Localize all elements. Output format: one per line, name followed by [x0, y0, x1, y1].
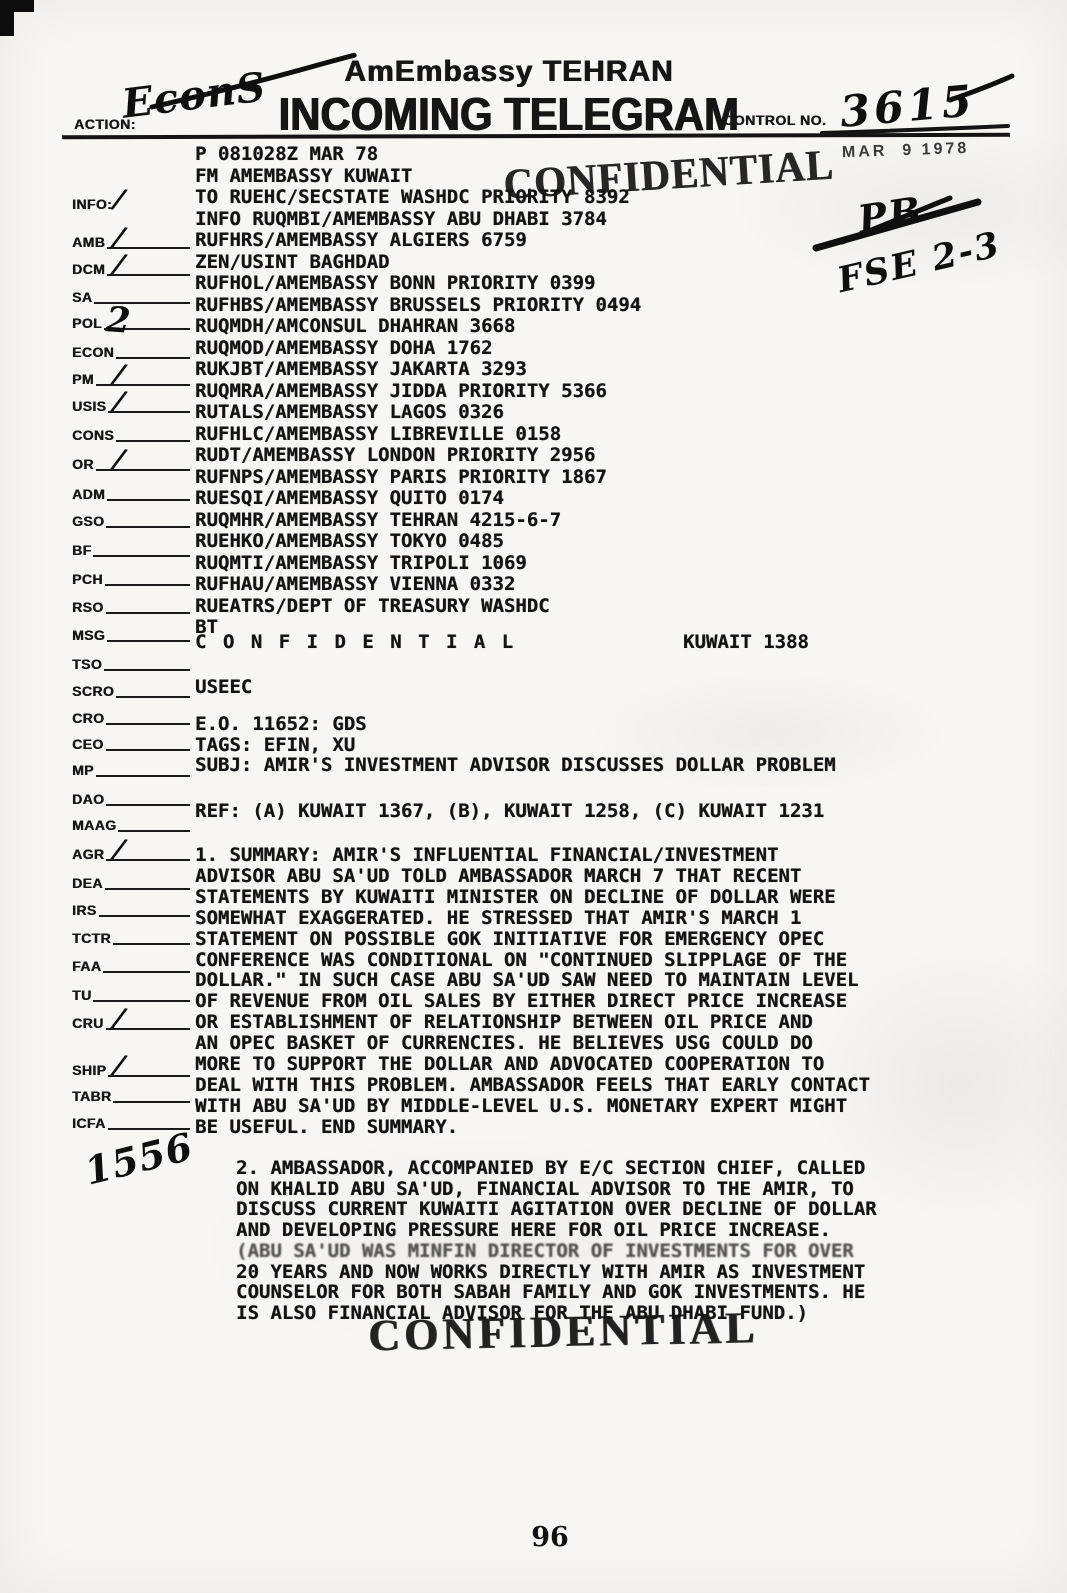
transmission-line: TO RUEHC/SECSTATE WASHDC PRIORITY 8392 — [195, 187, 641, 209]
routing-box-line — [108, 1127, 191, 1130]
reference-line: REF: (A) KUWAIT 1367, (B), KUWAIT 1258, … — [195, 800, 824, 822]
routing-box-line — [106, 748, 190, 751]
routing-box-mp: MP — [72, 763, 190, 777]
routing-box-label: SCRO — [72, 684, 114, 698]
transmission-line: RUFHLC/AMEMBASSY LIBREVILLE 0158 — [195, 424, 641, 446]
transmission-line: RUFHAU/AMEMBASSY VIENNA 0332 — [195, 574, 641, 596]
transmission-line: INFO RUQMBI/AMEMBASSY ABU DHABI 3784 — [195, 209, 641, 231]
routing-box-pm: PM/ — [72, 372, 190, 386]
routing-box-label: CRU — [72, 1016, 104, 1030]
routing-box-label: AGR — [72, 847, 104, 861]
transmission-line: RUFNPS/AMEMBASSY PARIS PRIORITY 1867 — [195, 467, 641, 489]
routing-box-line — [116, 356, 190, 359]
routing-box-label: TCTR — [72, 931, 111, 945]
routing-box-line — [116, 439, 190, 442]
paragraph-2: 2. AMBASSADOR, ACCOMPANIED BY E/C SECTIO… — [236, 1158, 877, 1324]
routing-box-line — [106, 525, 190, 528]
transmission-line: RUDT/AMEMBASSY LONDON PRIORITY 2956 — [195, 445, 641, 467]
routing-box-line — [107, 498, 190, 501]
routing-box-label: POL — [72, 316, 102, 330]
routing-box-line — [105, 887, 190, 890]
routing-box-label: TSO — [72, 657, 102, 671]
routing-box-gso: GSO — [72, 514, 190, 528]
transmission-line: RUEHKO/AMEMBASSY TOKYO 0485 — [195, 531, 641, 553]
body-line: COUNSELOR FOR BOTH SABAH FAMILY AND GOK … — [236, 1282, 877, 1303]
routing-box-cru: CRU/ — [72, 1016, 190, 1030]
routing-box-line — [99, 914, 190, 917]
body-line: ON KHALID ABU SA'UD, FINANCIAL ADVISOR T… — [236, 1179, 877, 1200]
routing-box-line — [96, 383, 190, 386]
routing-box-line — [96, 468, 190, 471]
transmission-line: RUFHBS/AMEMBASSY BRUSSELS PRIORITY 0494 — [195, 295, 641, 317]
routing-box-label: ICFA — [72, 1116, 106, 1130]
routing-box-line — [103, 970, 190, 973]
routing-box-label: TABR — [72, 1089, 111, 1103]
body-line: SOMEWHAT EXAGGERATED. HE STRESSED THAT A… — [195, 908, 870, 929]
routing-box-line — [107, 639, 190, 642]
routing-box-dao: DAO — [72, 792, 190, 806]
routing-handwriting: FSE 2-3 — [834, 224, 1005, 301]
routing-box-info: INFO:/ — [72, 197, 190, 211]
transmission-line: RUQMHR/AMEMBASSY TEHRAN 4215-6-7 — [195, 510, 641, 532]
control-number-handwriting: 3615 — [838, 76, 978, 138]
routing-box-tabr: TABR — [72, 1089, 190, 1103]
transmission-line: RUFHOL/AMEMBASSY BONN PRIORITY 0399 — [195, 273, 641, 295]
routing-box-usis: USIS/ — [72, 399, 190, 413]
distribution-line: USEEC — [195, 676, 252, 698]
routing-box-label: CONS — [72, 428, 114, 442]
date-received-stamp: MAR 9 1978 — [842, 140, 970, 162]
transmission-line: RUTALS/AMEMBASSY LAGOS 0326 — [195, 402, 641, 424]
cable-id: KUWAIT 1388 — [683, 631, 809, 653]
body-line: AN OPEC BASKET OF CURRENCIES. HE BELIEVE… — [195, 1033, 870, 1054]
routing-box-pol: POL2 — [72, 316, 190, 330]
body-line: ADVISOR ABU SA'UD TOLD AMBASSADOR MARCH … — [195, 866, 870, 887]
routing-box-ceo: CEO — [72, 737, 190, 751]
transmission-line: RUQMRA/AMEMBASSY JIDDA PRIORITY 5366 — [195, 381, 641, 403]
tags-line: TAGS: EFIN, XU — [195, 735, 836, 756]
body-line: OR ESTABLISHMENT OF RELATIONSHIP BETWEEN… — [195, 1012, 870, 1033]
transmission-line: RUQMOD/AMEMBASSY DOHA 1762 — [195, 338, 641, 360]
body-line: 20 YEARS AND NOW WORKS DIRECTLY WITH AMI… — [236, 1262, 877, 1283]
transmission-line: FM AMEMBASSY KUWAIT — [195, 166, 641, 188]
transmission-line: P 081028Z MAR 78 — [195, 144, 641, 166]
body-line: STATEMENT ON POSSIBLE GOK INITIATIVE FOR… — [195, 929, 870, 950]
body-line: 1. SUMMARY: AMIR'S INFLUENTIAL FINANCIAL… — [195, 845, 870, 866]
telegram-scan-page: AmEmbassy TEHRAN INCOMING TELEGRAM ACTIO… — [0, 0, 1067, 1593]
routing-box-label: ADM — [72, 487, 105, 501]
body-line: CONFERENCE WAS CONDITIONAL ON "CONTINUED… — [195, 950, 870, 971]
confidential-stamp-bottom: CONFIDENTIAL — [368, 1302, 759, 1361]
routing-box-label: DAO — [72, 792, 104, 806]
routing-box-label: BF — [72, 543, 91, 557]
routing-box-label: USIS — [72, 399, 106, 413]
routing-box-ship: SHIP/ — [72, 1063, 190, 1077]
routing-box-line — [113, 942, 190, 945]
transmission-line: RUQMTI/AMEMBASSY TRIPOLI 1069 — [195, 553, 641, 575]
embassy-line: AmEmbassy TEHRAN — [344, 55, 673, 89]
body-line: DOLLAR." IN SUCH CASE ABU SA'UD SAW NEED… — [195, 970, 870, 991]
routing-box-line — [104, 668, 190, 671]
transmission-header-block: P 081028Z MAR 78FM AMEMBASSY KUWAITTO RU… — [195, 144, 641, 639]
routing-box-line — [106, 803, 190, 806]
body-line: (ABU SA'UD WAS MINFIN DIRECTOR OF INVEST… — [236, 1241, 877, 1262]
transmission-line: RUESQI/AMEMBASSY QUITO 0174 — [195, 488, 641, 510]
routing-box-label: IRS — [72, 903, 97, 917]
routing-box-line — [105, 583, 190, 586]
routing-box-tso: TSO — [72, 657, 190, 671]
body-line: BE USEFUL. END SUMMARY. — [195, 1117, 870, 1138]
transmission-line: RUQMDH/AMCONSUL DHAHRAN 3668 — [195, 316, 641, 338]
transmission-line: RUFHRS/AMEMBASSY ALGIERS 6759 — [195, 230, 641, 252]
routing-box-agr: AGR/ — [72, 847, 190, 861]
routing-box-label: GSO — [72, 514, 104, 528]
page-number: 96 — [500, 1522, 600, 1553]
routing-box-icfa: ICFA — [72, 1116, 190, 1130]
routing-box-label: ECON — [72, 345, 114, 359]
routing-box-label: PM — [72, 372, 94, 386]
body-line: AND DEVELOPING PRESSURE HERE FOR OIL PRI… — [236, 1220, 877, 1241]
routing-box-label: MP — [72, 763, 94, 777]
routing-box-econ: ECON — [72, 345, 190, 359]
body-line: 2. AMBASSADOR, ACCOMPANIED BY E/C SECTIO… — [236, 1158, 877, 1179]
routing-box-label: PCH — [72, 572, 103, 586]
message-number-handwriting: 1556 — [80, 1123, 197, 1193]
routing-box-label: TU — [72, 988, 91, 1002]
routing-box-label: DEA — [72, 876, 103, 890]
routing-box-amb: AMB/ — [72, 235, 190, 249]
routing-box-or: OR/ — [72, 457, 190, 471]
routing-box-scro: SCRO — [72, 684, 190, 698]
crossed-out-initials: PB — [855, 187, 926, 242]
routing-box-adm: ADM — [72, 487, 190, 501]
routing-box-bf: BF — [72, 543, 190, 557]
eo-line: E.O. 11652: GDS — [195, 714, 836, 735]
routing-box-dcm: DCM/ — [72, 262, 190, 276]
routing-box-faa: FAA — [72, 959, 190, 973]
subject-line: SUBJ: AMIR'S INVESTMENT ADVISOR DISCUSSE… — [195, 755, 836, 776]
routing-box-line — [93, 554, 190, 557]
routing-box-line — [106, 611, 190, 614]
routing-box-irs: IRS — [72, 903, 190, 917]
routing-box-handwritten-mark: 2 — [105, 299, 132, 342]
routing-box-label: AMB — [72, 235, 105, 249]
routing-box-rso: RSO — [72, 600, 190, 614]
transmission-line: RUEATRS/DEPT OF TREASURY WASHDC — [195, 596, 641, 618]
transmission-line: ZEN/USINT BAGHDAD — [195, 252, 641, 274]
routing-box-handwritten-mark: / — [111, 183, 126, 215]
routing-box-line — [118, 829, 190, 832]
routing-box-label: SA — [72, 290, 92, 304]
routing-box-line — [93, 999, 190, 1002]
routing-box-label: CEO — [72, 737, 104, 751]
transmission-line: RUKJBT/AMEMBASSY JAKARTA 3293 — [195, 359, 641, 381]
routing-box-label: RSO — [72, 600, 104, 614]
routing-box-label: CRO — [72, 711, 104, 725]
action-handwriting: EconS — [120, 63, 269, 127]
routing-box-line — [96, 774, 190, 777]
paragraph-1-summary: 1. SUMMARY: AMIR'S INFLUENTIAL FINANCIAL… — [195, 845, 870, 1138]
routing-box-label: OR — [72, 457, 94, 471]
routing-box-maag: MAAG — [72, 818, 190, 832]
body-line: OF REVENUE FROM OIL SALES BY EITHER DIRE… — [195, 991, 870, 1012]
body-line: STATEMENTS BY KUWAITI MINISTER ON DECLIN… — [195, 887, 870, 908]
routing-box-label: INFO: — [72, 197, 112, 211]
routing-box-label: FAA — [72, 959, 101, 973]
routing-box-cro: CRO — [72, 711, 190, 725]
body-line: DEAL WITH THIS PROBLEM. AMBASSADOR FEELS… — [195, 1075, 870, 1096]
control-number-label: CONTROL NO. — [723, 112, 826, 128]
routing-box-tctr: TCTR — [72, 931, 190, 945]
classification-text: C O N F I D E N T I A L — [195, 631, 516, 653]
routing-box-msg: MSG — [72, 628, 190, 642]
routing-box-dea: DEA — [72, 876, 190, 890]
routing-box-pch: PCH — [72, 572, 190, 586]
routing-box-label: DCM — [72, 262, 105, 276]
caption-block: E.O. 11652: GDS TAGS: EFIN, XU SUBJ: AMI… — [195, 714, 836, 776]
routing-box-cons: CONS — [72, 428, 190, 442]
routing-box-tu: TU — [72, 988, 190, 1002]
scan-artifact — [0, 0, 14, 36]
body-line: DISCUSS CURRENT KUWAITI AGITATION OVER D… — [236, 1199, 877, 1220]
routing-box-line — [113, 1100, 190, 1103]
routing-box-label: SHIP — [72, 1063, 106, 1077]
routing-box-label: MAAG — [72, 818, 116, 832]
body-line: WITH ABU SA'UD BY MIDDLE-LEVEL U.S. MONE… — [195, 1096, 870, 1117]
routing-box-line — [106, 722, 190, 725]
body-line: MORE TO SUPPORT THE DOLLAR AND ADVOCATED… — [195, 1054, 870, 1075]
routing-box-label: MSG — [72, 628, 105, 642]
routing-box-line — [116, 695, 190, 698]
